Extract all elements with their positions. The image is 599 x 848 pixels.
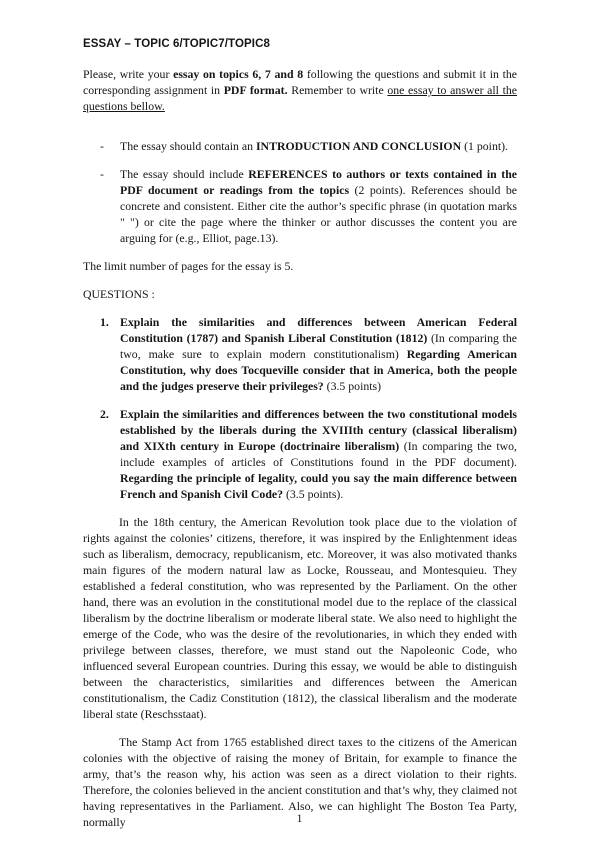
bullet-text: The essay should include REFERENCES to a… [120,166,517,246]
questions-list: 1. Explain the similarities and differen… [83,314,517,502]
question-number: 1. [83,314,120,394]
question-text: Explain the similarities and differences… [120,314,517,394]
page-number: 1 [0,813,599,826]
bullet-list: - The essay should contain an INTRODUCTI… [83,138,517,246]
bullet-item: - The essay should include REFERENCES to… [83,166,517,246]
bullet-marker: - [83,166,120,246]
document-page: ESSAY – TOPIC 6/TOPIC7/TOPIC8 Please, wr… [0,0,599,848]
question-number: 2. [83,406,120,502]
bullet-marker: - [83,138,120,154]
questions-label: QUESTIONS : [83,286,517,302]
intro-paragraph: Please, write your essay on topics 6, 7 … [83,66,517,114]
question-item: 2. Explain the similarities and differen… [83,406,517,502]
document-title: ESSAY – TOPIC 6/TOPIC7/TOPIC8 [83,38,517,51]
page-limit-paragraph: The limit number of pages for the essay … [83,258,517,274]
question-item: 1. Explain the similarities and differen… [83,314,517,394]
bullet-text: The essay should contain an INTRODUCTION… [120,138,517,154]
bullet-item: - The essay should contain an INTRODUCTI… [83,138,517,154]
essay-paragraph: In the 18th century, the American Revolu… [83,514,517,722]
question-text: Explain the similarities and differences… [120,406,517,502]
